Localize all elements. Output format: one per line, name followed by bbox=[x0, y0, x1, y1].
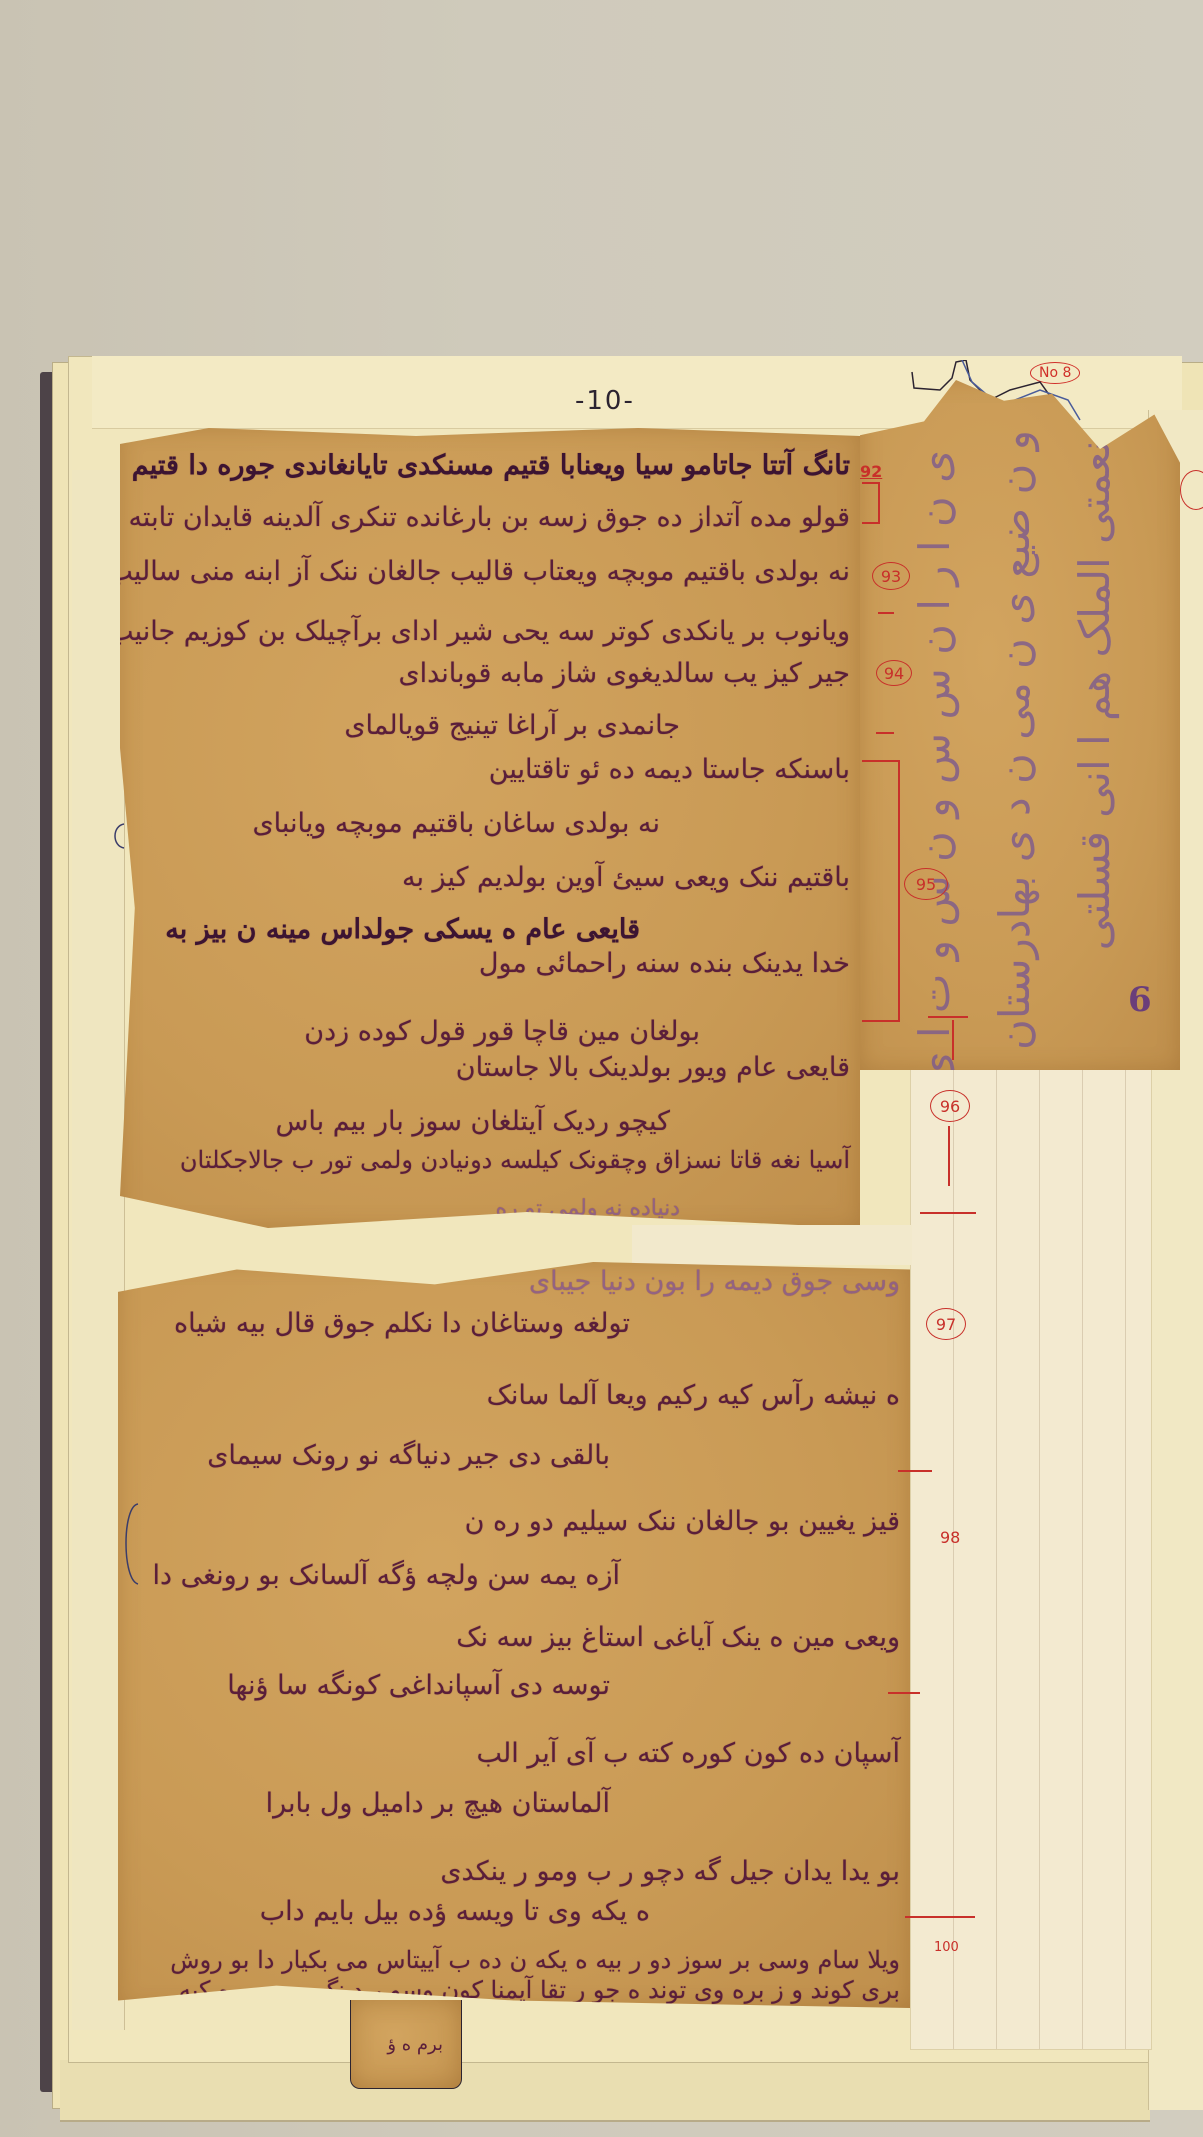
stacked-pages-edge bbox=[60, 2060, 1150, 2122]
text-line: باقتیم ننک ویعی سیئ آوین بولدیم کیز به bbox=[402, 864, 850, 891]
text-line: قایعی عام ه یسکی جولداس مینه ن بیز به bbox=[165, 916, 640, 943]
text-line: تولغه وستاغان دا نکلم جوق قال بیه شیاه bbox=[174, 1310, 630, 1337]
page-number: -10- bbox=[575, 386, 635, 416]
text-line: قیز یغیین بو جالغان ننک سیلیم دو ره ن bbox=[465, 1508, 900, 1535]
text-line: توسه دی آسپانداغی کونگه سا ؤنها bbox=[227, 1672, 610, 1699]
text-line: وسی جوق دیمه را بون دنیا جیبای bbox=[529, 1268, 900, 1295]
text-line: آسپان ده کون کوره کته ب آی آیر الب bbox=[477, 1740, 900, 1767]
tick bbox=[952, 1020, 954, 1060]
text-line: جانمدی بر آراغا تینیج قویالمای bbox=[344, 712, 680, 739]
ruled-paper-patch bbox=[910, 998, 1152, 2050]
line-number-100: 100 bbox=[934, 1940, 959, 1955]
line-number-93: 93 bbox=[872, 562, 910, 590]
tick bbox=[888, 1692, 920, 1694]
text-line: ویانوب بر یانکدی کوتر سه یحی شیر ادای بر… bbox=[108, 618, 850, 645]
text-line: نه بولدی باقتیم موبچه ویعتاب قالیب جالغا… bbox=[107, 558, 850, 585]
tick bbox=[905, 1916, 975, 1918]
bracket-92 bbox=[878, 482, 880, 524]
marginal-line-2: و ن ضیع ی ن می ن د ی بهادرستان bbox=[990, 430, 1039, 1050]
manuscript-fragment-right: نعمتی الملک هم ا انی قسلتی و ن ضیع ی ن م… bbox=[860, 380, 1180, 1070]
tick bbox=[878, 612, 894, 614]
text-line: بولغان مین قاچا قور قول کوده زدن bbox=[304, 1018, 700, 1045]
text-line: نه بولدی ساغان باقتیم موبچه ویانبای bbox=[253, 810, 660, 837]
tick bbox=[876, 732, 894, 734]
tick bbox=[928, 1016, 968, 1018]
tick bbox=[948, 1126, 950, 1186]
bracket-95 bbox=[898, 760, 900, 1020]
tick bbox=[920, 1212, 976, 1214]
left-paper-strip bbox=[72, 470, 125, 2030]
tick bbox=[862, 1020, 900, 1022]
text-line: قایعی عام ویور بولدینک بالا جاستان bbox=[456, 1054, 850, 1081]
tick bbox=[862, 760, 900, 762]
tick bbox=[862, 482, 878, 484]
manuscript-fragment-top: تانگ آتتا جاتامو سیا ویعنابا قتیم مسنکدی… bbox=[120, 428, 860, 1228]
corner-mark: 6 bbox=[1128, 980, 1152, 1020]
manuscript-tab: برم ه ؤ bbox=[350, 2000, 462, 2089]
line-number-98: 98 bbox=[940, 1528, 960, 1547]
marginal-line-3: ی ن ا ر ا ن س س و ن س و ت ا ی bbox=[910, 450, 959, 1084]
text-line: کیچو ردیک آیتلغان سوز بار بیم باس bbox=[275, 1108, 670, 1135]
tick bbox=[898, 1470, 932, 1472]
text-line: بالقی دی جیر دنیاگه نو رونک سیمای bbox=[207, 1442, 610, 1469]
manuscript-fragment-bottom: وسی جوق دیمه را بون دنیا جیبای تولغه وست… bbox=[118, 1262, 910, 2008]
tab-text: برم ه ؤ bbox=[387, 2034, 443, 2055]
tick bbox=[862, 522, 878, 524]
text-line: آسیا نغه قاتا نسزاق وچقونک کیلسه دونیادن… bbox=[180, 1148, 850, 1172]
text-line: ه یکه وی تا ویسه ؤده بیل بایم داب bbox=[260, 1898, 650, 1925]
text-line: ویلا سام وسی بر سوز دو ر بیه ه یکه ن ده … bbox=[170, 1948, 900, 1972]
text-line: خدا یدینک بنده سنه راحمائی مول bbox=[479, 950, 850, 977]
text-line: ویعی مین ه ینک آیاغی استاغ بیز سه نک bbox=[456, 1624, 900, 1651]
paper-clip-mark-icon bbox=[118, 1500, 148, 1590]
text-line: جیر کیز یب سالدیغوی شاز مابه قوباندای bbox=[398, 660, 850, 687]
text-line: آلماستان هیچ بر دامیل ول بابرا bbox=[266, 1790, 610, 1817]
text-line: قولو مده آتداز ده جوق زسه بن بارغانده تن… bbox=[128, 504, 850, 531]
marginal-line-1: نعمتی الملک هم ا انی قسلتی bbox=[1070, 440, 1119, 950]
text-line: تانگ آتتا جاتامو سیا ویعنابا قتیم مسنکدی… bbox=[132, 452, 850, 479]
line-number-97: 97 bbox=[926, 1308, 966, 1340]
paper-clip-mark-icon bbox=[108, 822, 128, 852]
text-line: بو یدا یدان جیل گه دچو ر ب ومو ر ینکدی bbox=[440, 1858, 900, 1885]
paper-patch-middle bbox=[632, 1225, 912, 1265]
text-line: آزه یمه سن ولچه ؤگه آلسانک بو رونغی دا bbox=[153, 1562, 621, 1589]
text-line: باسنکه جاستا دیمه ده ئو تاقتایین bbox=[489, 756, 850, 783]
text-line: ه نیشه رآس کیه رکیم ویعا آلما سانک bbox=[487, 1382, 900, 1409]
line-number-92: 92 bbox=[860, 462, 882, 481]
line-number-96: 96 bbox=[930, 1090, 970, 1122]
line-number-94: 94 bbox=[876, 660, 912, 686]
line-number-95: 95 bbox=[904, 868, 948, 900]
